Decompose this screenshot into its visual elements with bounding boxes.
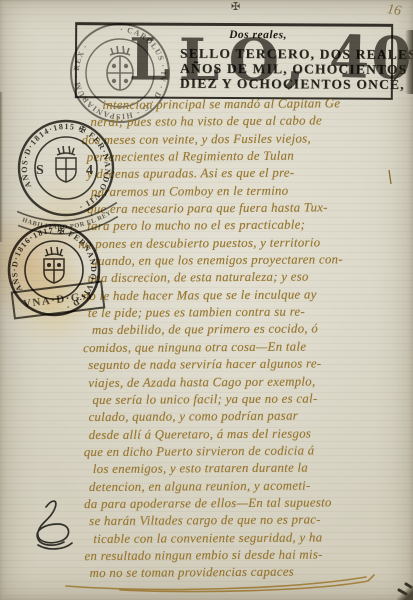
- page-vignette: [0, 0, 413, 600]
